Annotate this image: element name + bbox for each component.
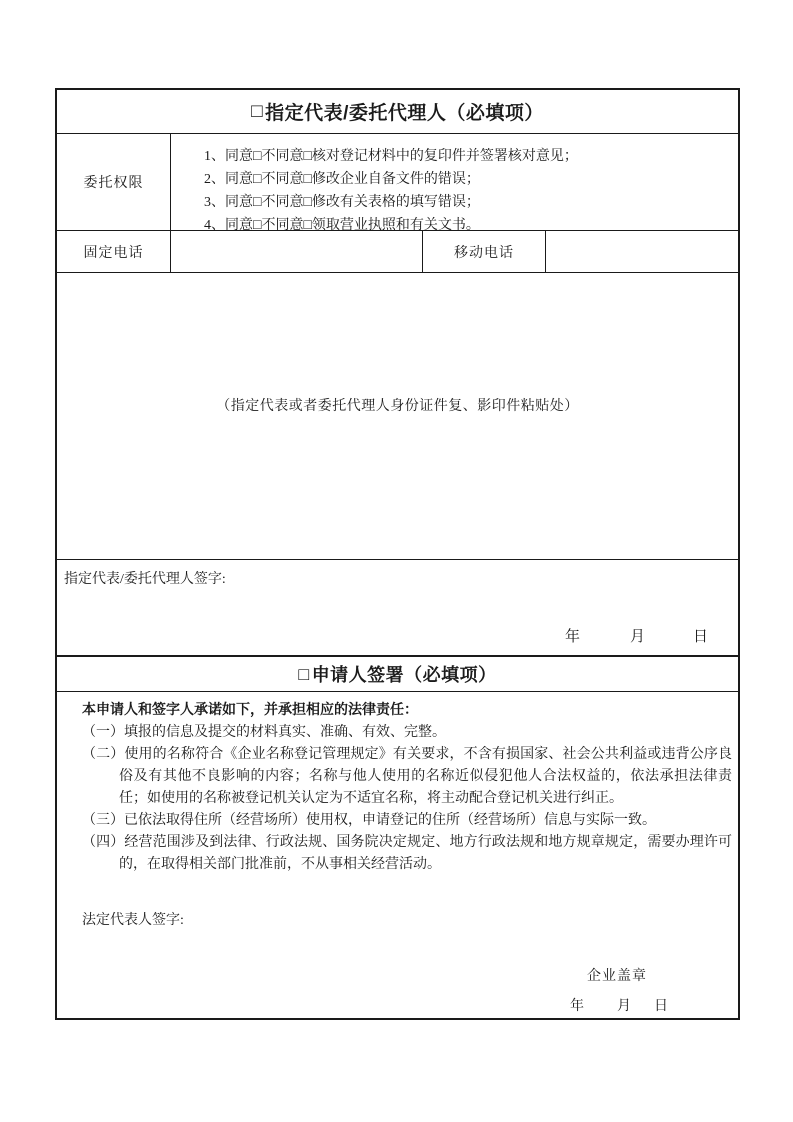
enterprise-seal-label: 企业盖章 <box>587 966 647 988</box>
commitment-item: （四）经营范围涉及到法律、行政法规、国务院决定规定、地方行政法规和地方规章规定，… <box>82 832 732 876</box>
form-table: □指定代表/委托代理人（必填项） 委托权限 1、同意□不同意□核对登记材料中的复… <box>55 88 740 1020</box>
authority-label-cell: 委托权限 <box>57 134 171 230</box>
commitment-item: （二）使用的名称符合《企业名称登记管理规定》有关要求，不含有损国家、社会公共利益… <box>82 744 732 810</box>
mobile-phone-input-cell[interactable] <box>546 231 738 272</box>
authority-item: 1、同意□不同意□核对登记材料中的复印件并签署核对意见； <box>204 145 730 168</box>
authority-item: 2、同意□不同意□修改企业自备文件的错误； <box>204 168 730 191</box>
mobile-phone-label: 移动电话 <box>423 231 546 272</box>
rep-date-month: 月 <box>630 625 645 646</box>
commitment-item: （一）填报的信息及提交的材料真实、准确、有效、完整。 <box>82 722 732 744</box>
fixed-phone-label: 固定电话 <box>57 231 171 272</box>
rep-date-day: 日 <box>693 625 708 646</box>
applicant-commitment-area: 本申请人和签字人承诺如下，并承担相应的法律责任： （一）填报的信息及提交的材料真… <box>57 691 738 1018</box>
id-paste-area: （指定代表或者委托代理人身份证件复、影印件粘贴处） <box>57 272 738 559</box>
applicant-date-day: 日 <box>654 996 668 1018</box>
rep-signature-row[interactable]: 指定代表/委托代理人签字: 年 月 日 <box>57 559 738 655</box>
rep-date-year: 年 <box>565 625 580 646</box>
section2-title-row: □申请人签署（必填项） <box>57 655 738 691</box>
designated-rep-checkbox-icon[interactable]: □ <box>251 101 263 123</box>
page: { "section1": { "title": { "checkbox": "… <box>0 0 793 1122</box>
authority-item: 3、同意□不同意□修改有关表格的填写错误； <box>204 191 730 214</box>
rep-signature-label: 指定代表/委托代理人签字: <box>64 568 226 588</box>
fixed-phone-input-cell[interactable] <box>171 231 423 272</box>
authority-items: 1、同意□不同意□核对登记材料中的复印件并签署核对意见； 2、同意□不同意□修改… <box>171 134 738 230</box>
authority-row: 委托权限 1、同意□不同意□核对登记材料中的复印件并签署核对意见； 2、同意□不… <box>57 133 738 230</box>
section1-title-row: □指定代表/委托代理人（必填项） <box>57 90 738 133</box>
legal-rep-signature-label: 法定代表人签字: <box>82 910 184 932</box>
phone-row: 固定电话 移动电话 <box>57 230 738 272</box>
commitment-header: 本申请人和签字人承诺如下，并承担相应的法律责任： <box>82 700 732 722</box>
designated-rep-title: 指定代表/委托代理人（必填项） <box>265 98 544 125</box>
id-paste-note: （指定代表或者委托代理人身份证件复、影印件粘贴处） <box>216 395 579 415</box>
commitment-item: （三）已依法取得住所（经营场所）使用权，申请登记的住所（经营场所）信息与实际一致… <box>82 810 732 832</box>
applicant-date-month: 月 <box>617 996 631 1018</box>
applicant-sign-checkbox-icon[interactable]: □ <box>298 664 309 685</box>
applicant-sign-title: 申请人签署（必填项） <box>312 661 497 687</box>
applicant-date-year: 年 <box>570 996 584 1018</box>
